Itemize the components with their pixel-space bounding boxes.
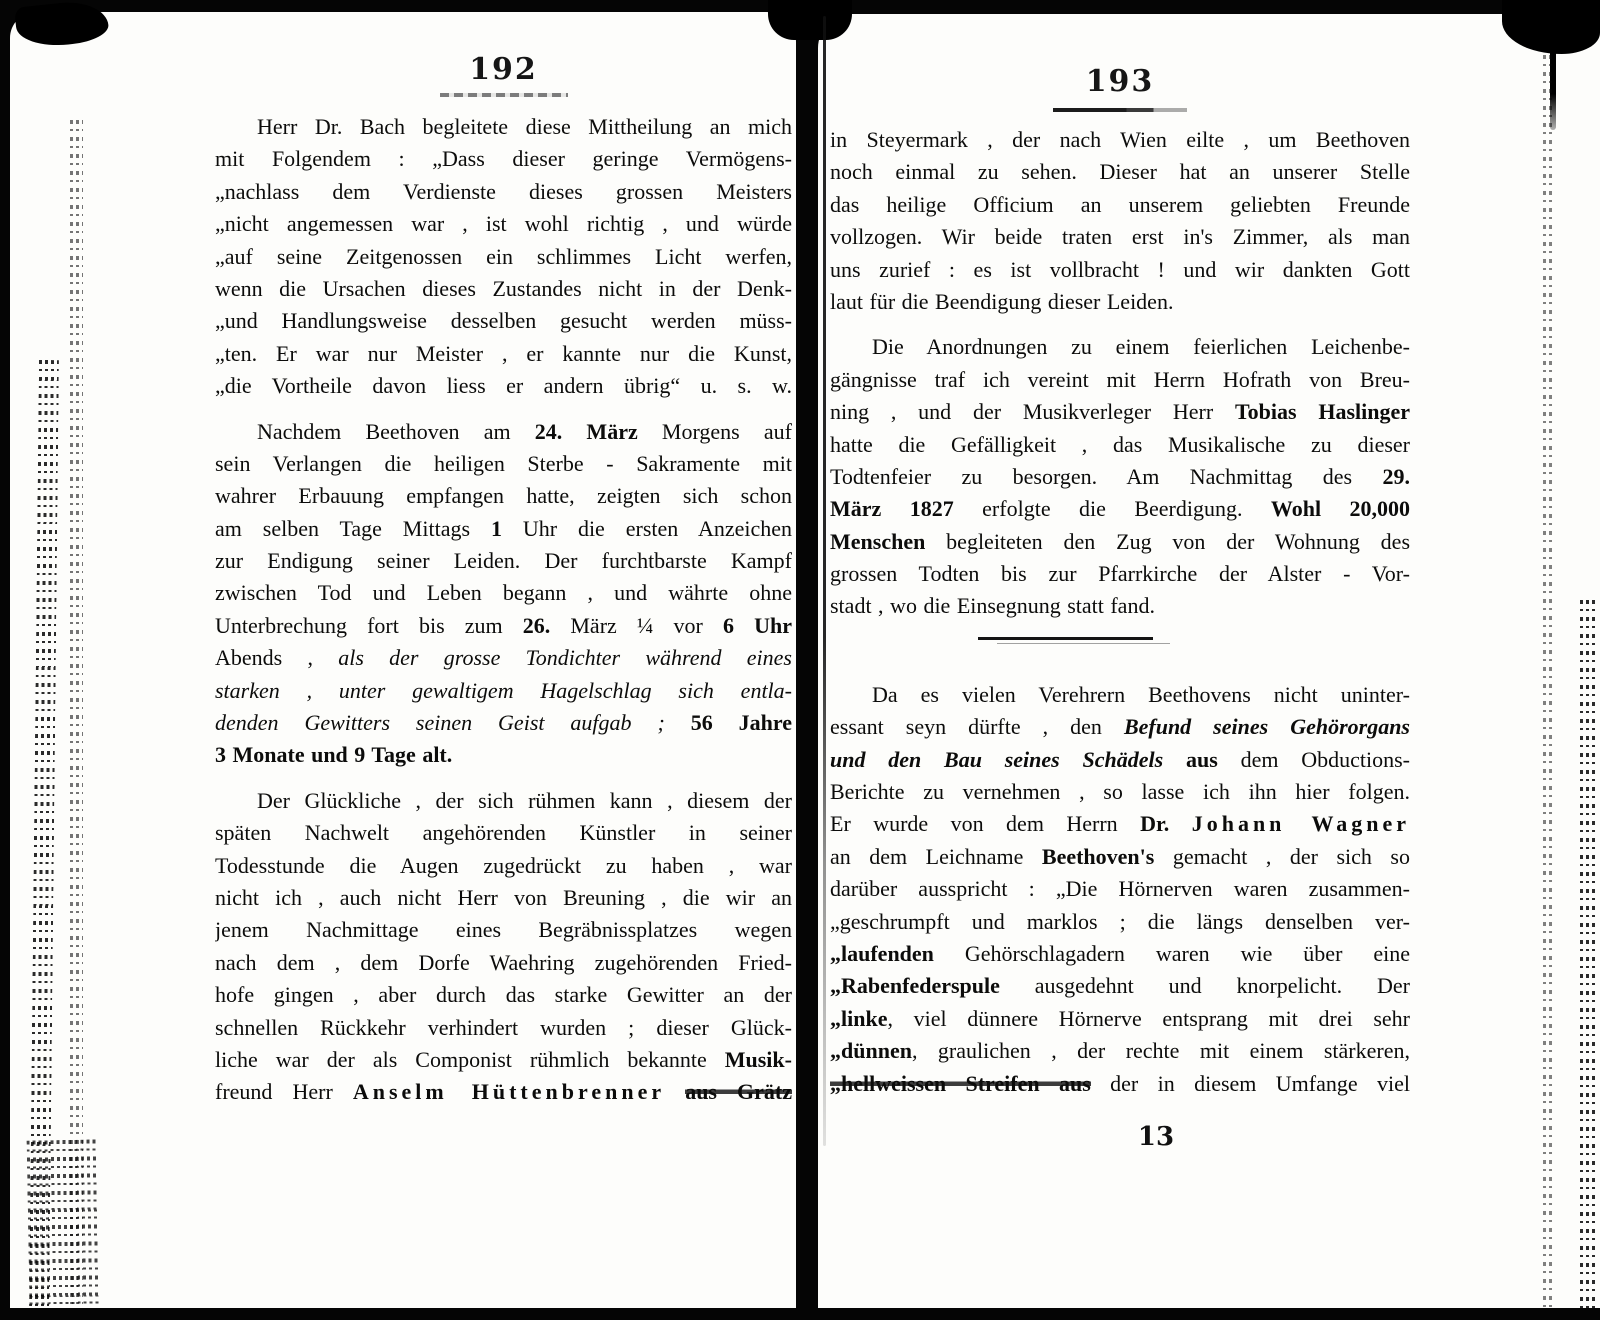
text-line: liche war der als Componist rühmlich bek…: [215, 1044, 792, 1076]
paragraph: Nachdem Beethoven am 24. März Morgens au…: [215, 416, 792, 772]
scan-artifact-streak-right-2: [1580, 600, 1598, 1308]
paragraph: Da es vielen Verehrern Beethovens nicht …: [830, 679, 1410, 1100]
text-segment: 3 Monate und 9 Tage alt.: [215, 742, 452, 767]
text-segment: nach dem , dem Dorfe Waehring zugehörend…: [215, 950, 792, 975]
text-segment: hatte die Gefälligkeit , das Musikalisch…: [830, 432, 1410, 457]
text-segment: aus Grätz: [685, 1079, 792, 1104]
text-line: in Steyermark , der nach Wien eilte , um…: [830, 124, 1410, 156]
text-segment: hofe gingen , aber durch das starke Gewi…: [215, 982, 792, 1007]
text-segment: 1: [491, 516, 502, 541]
text-segment: Befund seines Gehörorgans: [1124, 714, 1410, 739]
text-segment: wahrer Erbauung empfangen hatte, zeigten…: [215, 483, 792, 508]
text-segment: „und Handlungsweise desselben gesucht we…: [215, 308, 792, 333]
page-number-underline-right: [1053, 108, 1187, 112]
text-segment: nicht ich , auch nicht Herr von Breuning…: [215, 885, 792, 910]
text-segment: und den Bau seines Schädels: [830, 747, 1163, 772]
text-segment: „Rabenfederspule: [830, 973, 1000, 998]
text-line: nicht ich , auch nicht Herr von Breuning…: [215, 882, 792, 914]
text-line: Die Anordnungen zu einem feierlichen Lei…: [830, 331, 1410, 363]
text-line: stadt , wo die Einsegnung statt fand.: [830, 590, 1410, 622]
text-segment: Menschen: [830, 529, 925, 554]
text-segment: dem Obductions-: [1218, 747, 1410, 772]
text-segment: „geschrumpft und marklos ; die längs den…: [830, 909, 1410, 934]
scan-artifact-streak-right-1: [1543, 55, 1552, 1308]
text-segment: Morgens auf: [638, 419, 792, 444]
text-line: „nachlass dem Verdienste dieses grossen …: [215, 176, 792, 208]
text-line: uns zurief : es ist vollbracht ! und wir…: [830, 254, 1410, 286]
text-segment: vollzogen. Wir beide traten erst in's Zi…: [830, 224, 1410, 249]
text-segment: [665, 710, 691, 735]
text-line: „laufenden Gehörschlagadern waren wie üb…: [830, 938, 1410, 970]
text-line: „die Vortheile davon liess er andern übr…: [215, 370, 792, 402]
text-segment: , graulichen , der rechte mit einem stär…: [912, 1038, 1410, 1063]
text-segment: Beethoven's: [1042, 844, 1154, 869]
text-segment: wenn die Ursachen dieses Zustandes nicht…: [215, 276, 792, 301]
text-line: Nachdem Beethoven am 24. März Morgens au…: [215, 416, 792, 448]
signature-mark: 13: [830, 1122, 1410, 1152]
text-segment: laut für die Beendigung dieser Leiden.: [830, 289, 1173, 314]
text-segment: Dr.: [1140, 811, 1169, 836]
text-line: essant seyn dürfte , den Befund seines G…: [830, 711, 1410, 743]
text-segment: uns zurief : es ist vollbracht ! und wir…: [830, 257, 1410, 282]
text-line: jenem Nachmittage eines Begräbnissplatze…: [215, 914, 792, 946]
text-segment: März ¼ vor: [550, 613, 723, 638]
text-segment: noch einmal zu sehen. Dieser hat an unse…: [830, 159, 1410, 184]
text-segment: „laufenden: [830, 941, 934, 966]
text-line: Da es vielen Verehrern Beethovens nicht …: [830, 679, 1410, 711]
text-line: freund Herr Anselm Hüttenbrenner aus Grä…: [215, 1076, 792, 1108]
text-segment: Da es vielen Verehrern Beethovens nicht …: [872, 682, 1410, 707]
page-193: 193 in Steyermark , der nach Wien eilte …: [818, 14, 1600, 1308]
text-segment: Anselm Hüttenbrenner: [353, 1079, 665, 1104]
text-segment: in Steyermark , der nach Wien eilte , um…: [830, 127, 1410, 152]
text-segment: 6 Uhr: [723, 613, 792, 638]
text-segment: Der Glückliche , der sich rühmen kann , …: [257, 788, 792, 813]
text-line: „und Handlungsweise desselben gesucht we…: [215, 305, 792, 337]
text-segment: 26.: [523, 613, 551, 638]
text-line: Berichte zu vernehmen , so lasse ich ihn…: [830, 776, 1410, 808]
text-segment: Abends ,: [215, 645, 338, 670]
text-segment: Die Anordnungen zu einem feierlichen Lei…: [872, 334, 1410, 359]
text-line: Unterbrechung fort bis zum 26. März ¼ vo…: [215, 610, 792, 642]
text-segment: späten Nachwelt angehörenden Künstler in…: [215, 820, 792, 845]
text-segment: grossen Todten bis zur Pfarrkirche der A…: [830, 561, 1410, 586]
page-192-text-column: Herr Dr. Bach begleitete diese Mittheilu…: [215, 111, 792, 1109]
text-line: „Rabenfederspule ausgedehnt und knorpeli…: [830, 970, 1410, 1002]
section-divider: [830, 637, 1410, 667]
text-line: „nicht angemessen war , ist wohl richtig…: [215, 208, 792, 240]
text-segment: „nicht angemessen war , ist wohl richtig…: [215, 211, 792, 236]
text-segment: Gehörschlagadern waren wie über eine: [934, 941, 1410, 966]
text-segment: der in diesem Umfange viel: [1091, 1071, 1410, 1096]
page-number-underline-left: [440, 93, 568, 97]
text-segment: zwischen Tod und Leben begann , und währ…: [215, 580, 792, 605]
text-segment: 29.: [1383, 464, 1411, 489]
text-segment: zur Endigung seiner Leiden. Der furchtba…: [215, 548, 792, 573]
text-line: Herr Dr. Bach begleitete diese Mittheilu…: [215, 111, 792, 143]
text-segment: Todtenfeier zu besorgen. Am Nachmittag d…: [830, 464, 1383, 489]
paragraph: in Steyermark , der nach Wien eilte , um…: [830, 124, 1410, 318]
page-edge-shadow-line: [823, 16, 826, 1146]
text-segment: Uhr die ersten Anzeichen: [502, 516, 792, 541]
text-segment: Musik-: [725, 1047, 792, 1072]
text-line: das heilige Officium an unserem geliebte…: [830, 189, 1410, 221]
text-line: Abends , als der grosse Tondichter währe…: [215, 642, 792, 674]
section-divider-rule: [978, 637, 1153, 640]
text-line: Der Glückliche , der sich rühmen kann , …: [215, 785, 792, 817]
text-line: zur Endigung seiner Leiden. Der furchtba…: [215, 545, 792, 577]
scanned-book-spread: 192 Herr Dr. Bach begleitete diese Mitth…: [0, 0, 1600, 1320]
text-line: „ten. Er war nur Meister , er kannte nur…: [215, 338, 792, 370]
text-line: „linke, viel dünnere Hörnerve entsprang …: [830, 1003, 1410, 1035]
text-segment: Tobias Haslinger: [1235, 399, 1410, 424]
text-line: „auf seine Zeitgenossen ein schlimmes Li…: [215, 241, 792, 273]
text-line: 3 Monate und 9 Tage alt.: [215, 739, 792, 771]
text-line: laut für die Beendigung dieser Leiden.: [830, 286, 1410, 318]
text-segment: ning , und der Musikverleger Herr: [830, 399, 1235, 424]
text-line: vollzogen. Wir beide traten erst in's Zi…: [830, 221, 1410, 253]
text-line: grossen Todten bis zur Pfarrkirche der A…: [830, 558, 1410, 590]
text-segment: jenem Nachmittage eines Begräbnissplatze…: [215, 917, 792, 942]
text-segment: Berichte zu vernehmen , so lasse ich ihn…: [830, 779, 1410, 804]
text-segment: „linke: [830, 1006, 887, 1031]
text-segment: Nachdem Beethoven am: [257, 419, 535, 444]
text-line: ning , und der Musikverleger Herr Tobias…: [830, 396, 1410, 428]
text-segment: Unterbrechung fort bis zum: [215, 613, 523, 638]
text-segment: „hellweissen Streifen aus: [830, 1071, 1091, 1096]
text-segment: gemacht , der sich so: [1154, 844, 1410, 869]
text-line: späten Nachwelt angehörenden Künstler in…: [215, 817, 792, 849]
paragraph: Die Anordnungen zu einem feierlichen Lei…: [830, 331, 1410, 623]
text-segment: essant seyn dürfte , den: [830, 714, 1124, 739]
text-segment: [1163, 747, 1186, 772]
text-line: hatte die Gefälligkeit , das Musikalisch…: [830, 429, 1410, 461]
text-segment: erfolgte die Beerdigung.: [954, 496, 1271, 521]
page-number-right: 193: [830, 64, 1410, 99]
text-line: starken , unter gewaltigem Hagelschlag s…: [215, 675, 792, 707]
gutter-shadow-top: [768, 0, 852, 40]
text-segment: liche war der als Componist rühmlich bek…: [215, 1047, 725, 1072]
text-line: mit Folgendem : „Dass dieser geringe Ver…: [215, 143, 792, 175]
text-line: nach dem , dem Dorfe Waehring zugehörend…: [215, 947, 792, 979]
text-segment: aus: [1186, 747, 1218, 772]
text-segment: als der grosse Tondichter während eines: [338, 645, 792, 670]
text-segment: an dem Leichname: [830, 844, 1042, 869]
text-line: „dünnen, graulichen , der rechte mit ein…: [830, 1035, 1410, 1067]
paragraph: Herr Dr. Bach begleitete diese Mittheilu…: [215, 111, 792, 403]
page-number-left: 192: [215, 52, 792, 87]
text-segment: am selben Tage Mittags: [215, 516, 491, 541]
text-line: an dem Leichname Beethoven's gemacht , d…: [830, 841, 1410, 873]
text-segment: „nachlass dem Verdienste dieses grossen …: [215, 179, 792, 204]
text-segment: begleiteten den Zug von der Wohnung des: [925, 529, 1410, 554]
scan-artifact-streak-bottom-left: [27, 1139, 100, 1308]
text-segment: 56 Jahre: [691, 710, 792, 735]
text-segment: „auf seine Zeitgenossen ein schlimmes Li…: [215, 244, 792, 269]
text-line: Er wurde von dem Herrn Dr. Johann Wagner: [830, 808, 1410, 840]
text-line: darüber ausspricht : „Die Hörnerven ware…: [830, 873, 1410, 905]
text-line: wenn die Ursachen dieses Zustandes nicht…: [215, 273, 792, 305]
paragraph: Der Glückliche , der sich rühmen kann , …: [215, 785, 792, 1109]
text-segment: darüber ausspricht : „Die Hörnerven ware…: [830, 876, 1410, 901]
text-segment: schnellen Rückkehr verhindert wurden ; d…: [215, 1015, 792, 1040]
text-segment: ausgedehnt und knorpelicht. Der: [1000, 973, 1410, 998]
text-segment: denden Gewitters seinen Geist aufgab ;: [215, 710, 665, 735]
text-line: wahrer Erbauung empfangen hatte, zeigten…: [215, 480, 792, 512]
text-segment: Er wurde von dem Herrn: [830, 811, 1140, 836]
text-line: Todtenfeier zu besorgen. Am Nachmittag d…: [830, 461, 1410, 493]
text-segment: [1169, 811, 1191, 836]
text-segment: 24. März: [535, 419, 638, 444]
text-line: Menschen begleiteten den Zug von der Woh…: [830, 526, 1410, 558]
page-193-text-column: in Steyermark , der nach Wien eilte , um…: [830, 124, 1410, 1100]
text-line: noch einmal zu sehen. Dieser hat an unse…: [830, 156, 1410, 188]
text-segment: Wohl 20,000: [1271, 496, 1410, 521]
text-line: am selben Tage Mittags 1 Uhr die ersten …: [215, 513, 792, 545]
text-line: gängnisse traf ich vereint mit Herrn Hof…: [830, 364, 1410, 396]
text-line: „hellweissen Streifen aus der in diesem …: [830, 1068, 1410, 1100]
text-line: denden Gewitters seinen Geist aufgab ; 5…: [215, 707, 792, 739]
page-192: 192 Herr Dr. Bach begleitete diese Mitth…: [10, 12, 796, 1308]
text-line: sein Verlangen die heiligen Sterbe - Sak…: [215, 448, 792, 480]
text-line: hofe gingen , aber durch das starke Gewi…: [215, 979, 792, 1011]
text-segment: Johann Wagner: [1192, 811, 1410, 836]
text-segment: freund Herr: [215, 1079, 353, 1104]
text-line: „geschrumpft und marklos ; die längs den…: [830, 906, 1410, 938]
text-line: März 1827 erfolgte die Beerdigung. Wohl …: [830, 493, 1410, 525]
text-segment: [665, 1079, 685, 1104]
text-line: zwischen Tod und Leben begann , und währ…: [215, 577, 792, 609]
text-segment: März 1827: [830, 496, 954, 521]
text-segment: , viel dünnere Hörnerve entsprang mit dr…: [887, 1006, 1410, 1031]
text-line: und den Bau seines Schädels aus dem Obdu…: [830, 744, 1410, 776]
scan-artifact-streak-left-2: [70, 120, 83, 1306]
text-segment: stadt , wo die Einsegnung statt fand.: [830, 593, 1155, 618]
text-segment: „die Vortheile davon liess er andern übr…: [215, 373, 792, 398]
text-segment: „ten. Er war nur Meister , er kannte nur…: [215, 341, 792, 366]
text-line: Todesstunde die Augen zugedrückt zu habe…: [215, 850, 792, 882]
text-segment: Herr Dr. Bach begleitete diese Mittheilu…: [257, 114, 792, 139]
text-segment: gängnisse traf ich vereint mit Herrn Hof…: [830, 367, 1410, 392]
text-segment: das heilige Officium an unserem geliebte…: [830, 192, 1410, 217]
text-segment: mit Folgendem : „Dass dieser geringe Ver…: [215, 146, 792, 171]
text-segment: „dünnen: [830, 1038, 912, 1063]
text-segment: sein Verlangen die heiligen Sterbe - Sak…: [215, 451, 792, 476]
text-line: schnellen Rückkehr verhindert wurden ; d…: [215, 1012, 792, 1044]
text-segment: Todesstunde die Augen zugedrückt zu habe…: [215, 853, 792, 878]
text-segment: starken , unter gewaltigem Hagelschlag s…: [215, 678, 792, 703]
